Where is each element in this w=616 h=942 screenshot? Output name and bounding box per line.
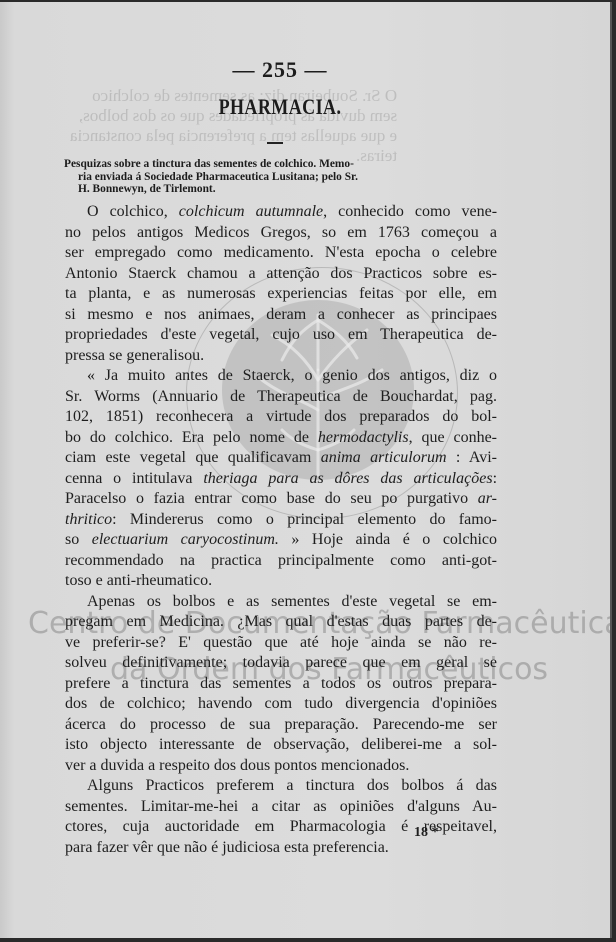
- article-subheading: Pesquizas sobre a tinctura das sementes …: [64, 158, 484, 196]
- text-line: ácerca do processo de sua preparação. Pa…: [65, 715, 497, 736]
- text-line: si mesmo e nos animaes, deram a conhecer…: [65, 305, 497, 326]
- text-line: ve preferir-se? E' questão que até hoje …: [65, 633, 497, 654]
- text-line: no pelos antigos Medicos Gregos, so em 1…: [65, 223, 497, 244]
- text-line: prefere a tinctura das sementes a todos …: [65, 674, 497, 695]
- text-line: isto objecto interessante de observação,…: [65, 735, 497, 756]
- page-number: — 255 —: [0, 57, 560, 83]
- text-line: toso e anti-rheumatico.: [65, 571, 497, 592]
- text-line: ciam este vegetal que qualificavam anima…: [65, 448, 497, 469]
- title-divider: [267, 142, 283, 144]
- text-line: ser empregado como medicamento. N'esta e…: [65, 243, 497, 264]
- italic-term: theriaga para as dôres das articulações: [203, 470, 492, 487]
- subheading-line: H. Bonnewyn, de Tirlemont.: [64, 183, 484, 196]
- text-line: « Ja muito antes de Staerck, o genio dos…: [65, 366, 497, 387]
- italic-term: thritico: [65, 511, 112, 528]
- text-line: ta planta, e as numerosas experiencias f…: [65, 284, 497, 305]
- text-line: Apenas os bolbos e as sementes d'este ve…: [65, 592, 497, 613]
- text-line: pressa se generalisou.: [65, 346, 497, 367]
- text-line: Alguns Practicos preferem a tinctura dos…: [65, 776, 497, 797]
- text-line: Antonio Staerck chamou a attenção dos Pr…: [65, 264, 497, 285]
- text-line: dos de colchico; havendo com tudo diverg…: [65, 694, 497, 715]
- text-line: ver a duvida a respeito dos dous pontos …: [65, 756, 497, 777]
- text-line: Paracelso o fazia entrar como base do se…: [65, 489, 497, 510]
- italic-term: ar-: [478, 490, 497, 507]
- text-line: Sr. Worms (Annuario de Therapeutica de B…: [65, 387, 497, 408]
- section-title: PHARMACIA.: [50, 94, 509, 120]
- italic-term: colchicum autumnale: [179, 203, 323, 220]
- text-line: 102, 1851) reconhecera a virtude dos pre…: [65, 407, 497, 428]
- italic-term: electuarium caryocostinum.: [92, 531, 279, 548]
- text-line: so electuarium caryocostinum. » Hoje ain…: [65, 530, 497, 551]
- italic-term: hermodactylis: [318, 429, 409, 446]
- italic-term: anima articulorum: [321, 449, 447, 466]
- subheading-line: Pesquizas sobre a tinctura das sementes …: [64, 158, 484, 171]
- subheading-line: ria enviada á Sociedade Pharmaceutica Lu…: [64, 171, 484, 184]
- text-line: pregam em Medicina. ¿Mas qual d'estas du…: [65, 612, 497, 633]
- text-line: recommendado na practica principalmente …: [65, 551, 497, 572]
- text-line: cenna o intitulava theriaga para as dôre…: [65, 469, 497, 490]
- scanned-page: O Sr. Soubeiran diz: as sementes de colc…: [0, 2, 612, 938]
- article-body: O colchico, colchicum autumnale, conheci…: [65, 202, 497, 858]
- text-line: thritico: Mindererus como o principal el…: [65, 510, 497, 531]
- text-line: bo do colchico. Era pelo nome de hermoda…: [65, 428, 497, 449]
- text-line: sementes. Limitar-me-hei a citar as opin…: [65, 797, 497, 818]
- text-line: O colchico, colchicum autumnale, conheci…: [65, 202, 497, 223]
- signature-mark: 18 *: [414, 825, 439, 841]
- text-line: solveu definitivamente; todavia parece q…: [65, 653, 497, 674]
- text-line: propriedades d'este vegetal, cujo uso em…: [65, 325, 497, 346]
